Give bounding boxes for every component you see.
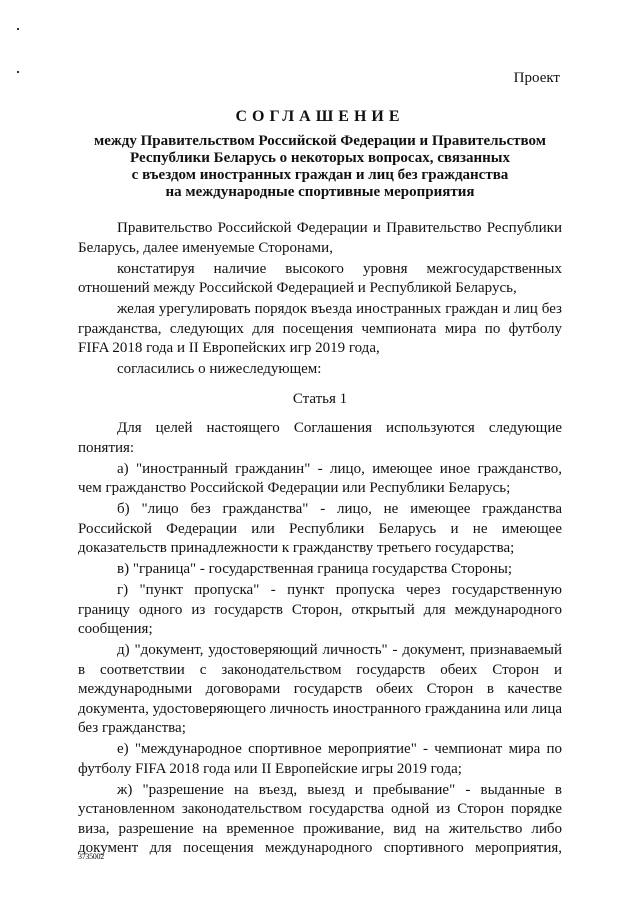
draft-label: Проект xyxy=(514,70,560,87)
definition-item: д) "документ, удостоверяющий личность" -… xyxy=(78,641,562,739)
subtitle-line: на международные спортивные мероприятия xyxy=(78,184,562,201)
preamble-paragraph: Правительство Российской Федерации и Пра… xyxy=(78,219,562,258)
subtitle-line: между Правительством Российской Федераци… xyxy=(78,133,562,150)
definition-item: б) "лицо без гражданства" - лицо, не име… xyxy=(78,500,562,559)
document-code: 3735002 xyxy=(78,852,104,861)
preamble-paragraph: согласились о нижеследующем: xyxy=(78,360,562,380)
document-subtitle: между Правительством Российской Федераци… xyxy=(78,133,562,201)
preamble-paragraph: желая урегулировать порядок въезда иност… xyxy=(78,300,562,359)
scan-artifact-dot xyxy=(17,28,19,30)
article-intro: Для целей настоящего Соглашения использу… xyxy=(78,419,562,458)
definition-item: е) "международное спортивное мероприятие… xyxy=(78,740,562,779)
definition-item: а) "иностранный гражданин" - лицо, имеющ… xyxy=(78,460,562,499)
document-title: СОГЛАШЕНИЕ xyxy=(0,108,640,126)
definition-item: в) "граница" - государственная граница г… xyxy=(78,560,562,580)
subtitle-line: Республики Беларусь о некоторых вопросах… xyxy=(78,150,562,167)
definition-item: г) "пункт пропуска" - пункт пропуска чер… xyxy=(78,581,562,640)
document-body: Правительство Российской Федерации и Пра… xyxy=(78,219,562,860)
subtitle-line: с въездом иностранных граждан и лиц без … xyxy=(78,167,562,184)
definition-item: ж) "разрешение на въезд, выезд и пребыва… xyxy=(78,781,562,859)
document-page: Проект СОГЛАШЕНИЕ между Правительством Р… xyxy=(0,0,640,905)
preamble-paragraph: констатируя наличие высокого уровня межг… xyxy=(78,260,562,299)
scan-artifact-dot xyxy=(17,71,19,73)
article-heading: Статья 1 xyxy=(78,390,562,410)
